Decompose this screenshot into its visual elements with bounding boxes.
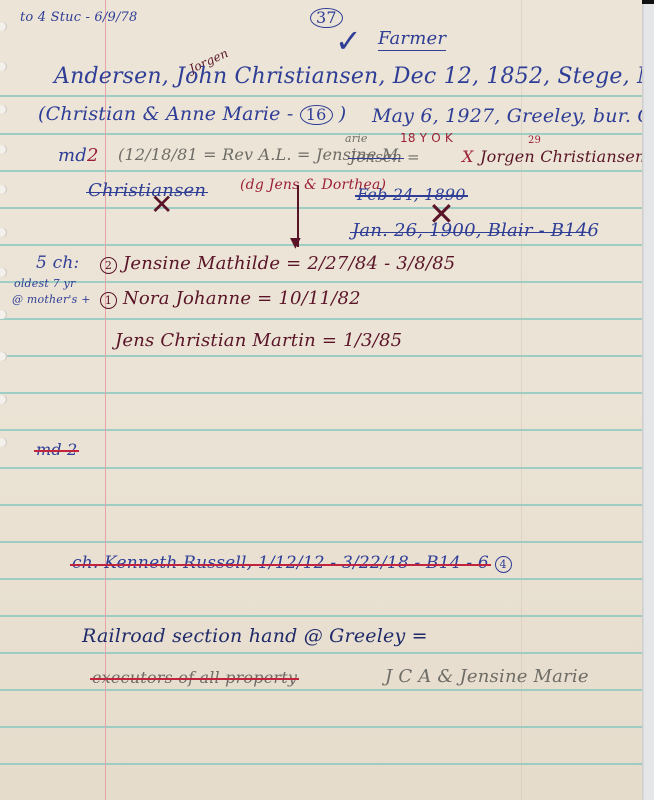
ruled-line bbox=[0, 95, 642, 97]
perforation-hole bbox=[0, 352, 7, 361]
ruled-line bbox=[0, 689, 642, 691]
age-note: 18 Y O K bbox=[400, 131, 453, 145]
perforation-hole bbox=[0, 228, 7, 237]
perforation-hole bbox=[0, 22, 7, 31]
pencil-struck-note: executors of all property bbox=[92, 668, 297, 687]
struck-maiden-name: Christiansen bbox=[88, 180, 206, 201]
ruled-line bbox=[0, 504, 642, 506]
struck-child-record: ch. Kenneth Russell, 1/12/12 - 3/22/18 -… bbox=[72, 553, 512, 573]
arrow-head-icon: ▼ bbox=[290, 235, 301, 251]
perforation-hole bbox=[0, 105, 7, 114]
ruled-line bbox=[0, 318, 642, 320]
cross-out-x: ✕ bbox=[150, 188, 173, 221]
children-side-note-2: @ mother's + bbox=[12, 293, 91, 306]
death-record: May 6, 1927, Greeley, bur. G. bbox=[372, 105, 642, 127]
perforation-hole bbox=[0, 438, 7, 447]
ruled-line bbox=[0, 355, 642, 357]
spouse-father: Jorgen Christiansen bbox=[480, 147, 642, 166]
perforation-hole bbox=[0, 185, 7, 194]
spouse-father-sup: 29 bbox=[528, 135, 541, 146]
ruled-line bbox=[0, 170, 642, 172]
ruled-line bbox=[0, 615, 642, 617]
ruled-line bbox=[0, 207, 642, 209]
ruled-line bbox=[0, 429, 642, 431]
parents-index-circle: 16 bbox=[300, 105, 333, 125]
filing-note: to 4 Stuc - 6/9/78 bbox=[20, 10, 137, 25]
occupation-note: Railroad section hand @ Greeley = bbox=[82, 625, 428, 647]
perforation-hole bbox=[0, 268, 7, 277]
ruled-line bbox=[0, 281, 642, 283]
struck-marriage-note: md 2 bbox=[36, 440, 77, 459]
ledger-page: to 4 Stuc - 6/9/78 37 ✓ Farmer Jorgen An… bbox=[0, 0, 642, 800]
ruled-line bbox=[0, 763, 642, 765]
ruled-line bbox=[0, 578, 642, 580]
parents: (Christian & Anne Marie - 16 ) bbox=[38, 103, 346, 125]
checkmark-icon: ✓ bbox=[335, 22, 362, 60]
struck-death-record: Jan. 26, 1900, Blair - B146 bbox=[352, 220, 599, 241]
ruled-line bbox=[0, 652, 642, 654]
child-row: 1 Nora Johanne = 10/11/82 bbox=[100, 288, 361, 309]
child-row: Jens Christian Martin = 1/3/85 bbox=[115, 330, 402, 351]
marriage-label: md2 bbox=[58, 145, 99, 166]
perforation-hole bbox=[0, 395, 7, 404]
occupation-heading: Farmer bbox=[378, 28, 446, 49]
marriage-name-insert: arie bbox=[345, 132, 368, 145]
perforation-hole bbox=[0, 310, 7, 319]
ruled-line bbox=[0, 467, 642, 469]
ruled-line bbox=[0, 541, 642, 543]
perforation-hole bbox=[0, 145, 7, 154]
ruled-line bbox=[0, 726, 642, 728]
scan-edge bbox=[642, 0, 654, 4]
children-label: 5 ch: bbox=[36, 253, 79, 273]
ruled-line bbox=[0, 133, 642, 135]
perforation-hole bbox=[0, 62, 7, 71]
marriage-label-crossed: 2 bbox=[87, 145, 99, 166]
ruled-line bbox=[0, 244, 642, 246]
spouse-surname: Jensen = bbox=[350, 148, 420, 166]
children-side-note-1: oldest 7 yr bbox=[14, 277, 75, 290]
pencil-executors-note: J C A & Jensine Marie bbox=[385, 666, 589, 687]
crossed-x: X bbox=[462, 147, 474, 166]
subject-name-line: Andersen, John Christiansen, Dec 12, 185… bbox=[54, 64, 642, 89]
child-row: 2 Jensine Mathilde = 2/27/84 - 3/8/85 bbox=[100, 253, 455, 274]
ruled-line bbox=[0, 392, 642, 394]
